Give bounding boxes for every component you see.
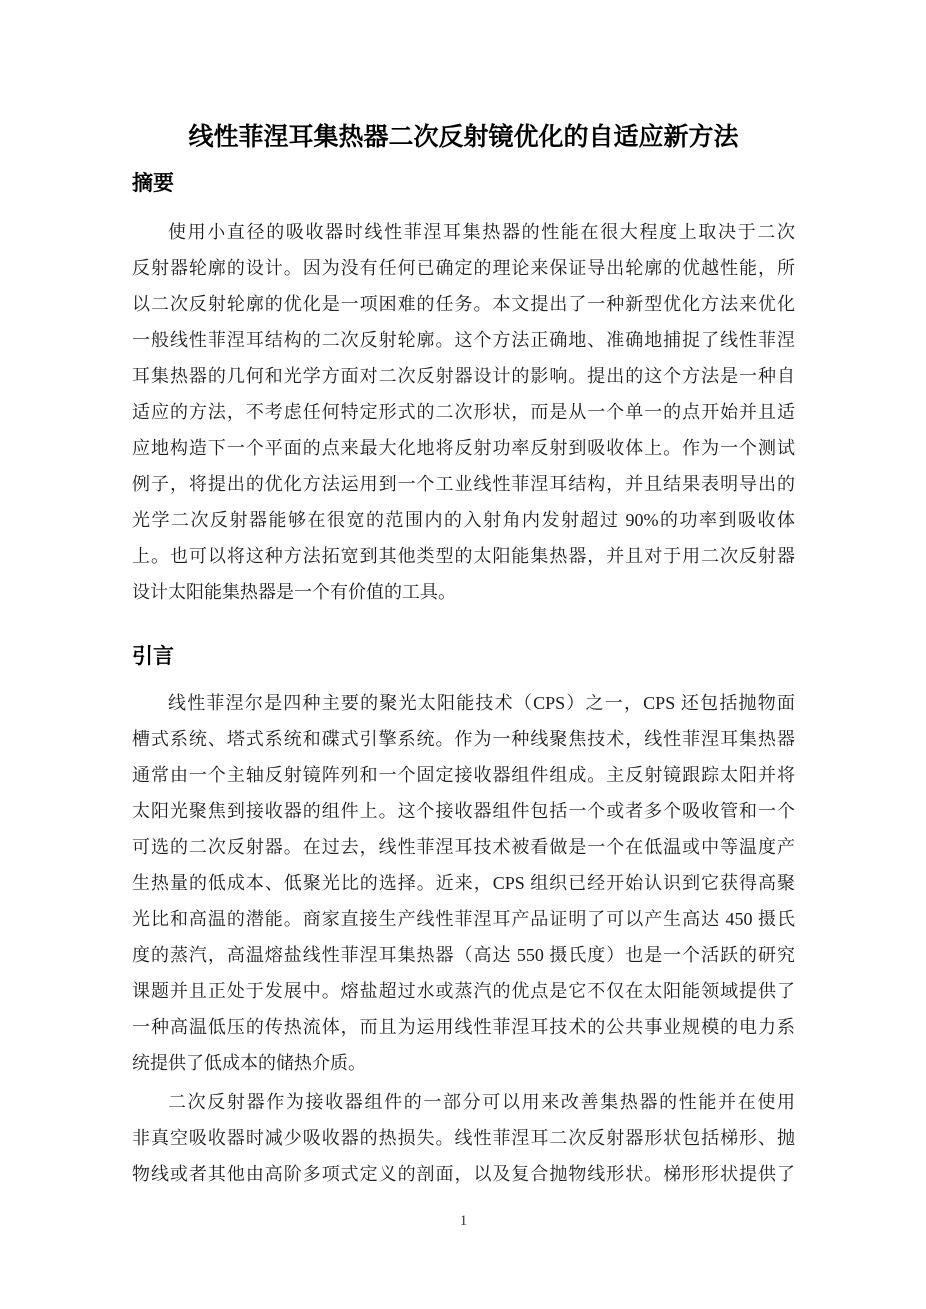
text-line: 课题并且正处于发展中。熔盐超过水或蒸汽的优点是它不仅在太阳能领域提供了 xyxy=(132,973,795,1009)
text-line: 槽式系统、塔式系统和碟式引擎系统。作为一种线聚焦技术，线性菲涅耳集热器 xyxy=(132,721,795,757)
introduction-paragraph-1: 线性菲涅尔是四种主要的聚光太阳能技术（CPS）之一，CPS 还包括抛物面槽式系统… xyxy=(132,685,795,1081)
text-line: 使用小直径的吸收器时线性菲涅耳集热器的性能在很大程度上取决于二次 xyxy=(132,214,795,250)
text-line: 光学二次反射器能够在很宽的范围内的入射角内发射超过 90%的功率到吸收体 xyxy=(132,502,795,538)
text-line: 一种高温低压的传热流体，而且为运用线性菲涅耳技术的公共事业规模的电力系 xyxy=(132,1009,795,1045)
text-line: 光比和高温的潜能。商家直接生产线性菲涅耳产品证明了可以产生高达 450 摄氏 xyxy=(132,901,795,937)
text-line: 非真空吸收器时减少吸收器的热损失。线性菲涅耳二次反射器形状包括梯形、抛 xyxy=(132,1120,795,1156)
text-line: 可选的二次反射器。在过去，线性菲涅耳技术被看做是一个在低温或中等温度产 xyxy=(132,829,795,865)
document-title: 线性菲涅耳集热器二次反射镜优化的自适应新方法 xyxy=(132,0,795,153)
text-line: 物线或者其他由高阶多项式定义的剖面，以及复合抛物线形状。梯形形状提供了 xyxy=(132,1156,795,1192)
text-line: 上。也可以将这种方法拓宽到其他类型的太阳能集热器，并且对于用二次反射器 xyxy=(132,538,795,574)
text-line: 生热量的低成本、低聚光比的选择。近来，CPS 组织已经开始认识到它获得高聚 xyxy=(132,865,795,901)
abstract-heading: 摘要 xyxy=(132,170,795,198)
text-line: 度的蒸汽，高温熔盐线性菲涅耳集热器（高达 550 摄氏度）也是一个活跃的研究 xyxy=(132,937,795,973)
page-content: 线性菲涅耳集热器二次反射镜优化的自适应新方法 摘要 使用小直径的吸收器时线性菲涅… xyxy=(0,0,926,1231)
text-line: 线性菲涅尔是四种主要的聚光太阳能技术（CPS）之一，CPS 还包括抛物面 xyxy=(132,685,795,721)
text-line: 反射器轮廓的设计。因为没有任何已确定的理论来保证导出轮廓的优越性能，所 xyxy=(132,250,795,286)
abstract-paragraph: 使用小直径的吸收器时线性菲涅耳集热器的性能在很大程度上取决于二次反射器轮廓的设计… xyxy=(132,214,795,610)
text-line: 例子，将提出的优化方法运用到一个工业线性菲涅耳结构，并且结果表明导出的 xyxy=(132,466,795,502)
text-line: 适应的方法，不考虑任何特定形式的二次形状，而是从一个单一的点开始并且适 xyxy=(132,394,795,430)
page-number: 1 xyxy=(460,1213,468,1229)
introduction-heading: 引言 xyxy=(132,643,795,671)
text-line: 以二次反射轮廓的优化是一项困难的任务。本文提出了一种新型优化方法来优化 xyxy=(132,286,795,322)
introduction-paragraph-2: 二次反射器作为接收器组件的一部分可以用来改善集热器的性能并在使用非真空吸收器时减… xyxy=(132,1084,795,1192)
text-line: 耳集热器的几何和光学方面对二次反射器设计的影响。提出的这个方法是一种自 xyxy=(132,358,795,394)
text-line: 二次反射器作为接收器组件的一部分可以用来改善集热器的性能并在使用 xyxy=(132,1084,795,1120)
text-line: 统提供了低成本的储热介质。 xyxy=(132,1045,795,1081)
text-line: 设计太阳能集热器是一个有价值的工具。 xyxy=(132,574,795,610)
document-page: 线性菲涅耳集热器二次反射镜优化的自适应新方法 摘要 使用小直径的吸收器时线性菲涅… xyxy=(0,0,926,1309)
text-line: 通常由一个主轴反射镜阵列和一个固定接收器组件组成。主反射镜跟踪太阳并将 xyxy=(132,757,795,793)
page-footer: 1 xyxy=(132,1211,795,1231)
text-line: 应地构造下一个平面的点来最大化地将反射功率反射到吸收体上。作为一个测试 xyxy=(132,430,795,466)
text-line: 一般线性菲涅耳结构的二次反射轮廓。这个方法正确地、准确地捕捉了线性菲涅 xyxy=(132,322,795,358)
text-line: 太阳光聚焦到接收器的组件上。这个接收器组件包括一个或者多个吸收管和一个 xyxy=(132,793,795,829)
